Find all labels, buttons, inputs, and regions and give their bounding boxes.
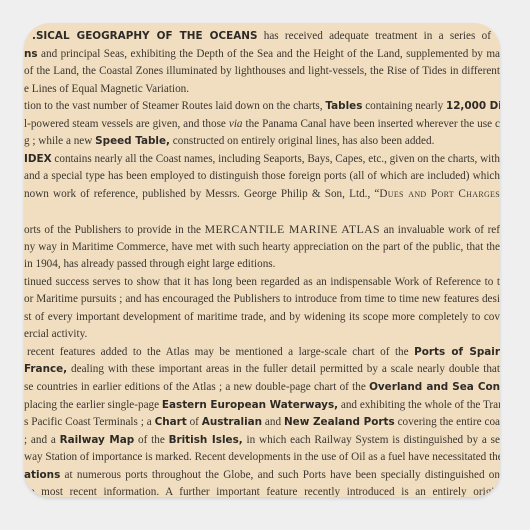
text-line: .SICAL GEOGRAPHY OF THE OCEANS has recei… <box>24 28 500 45</box>
text-run: the Panama Canal have been inserted wher… <box>243 118 500 130</box>
text-line: s Pacific Coast Terminals ; a Chart of A… <box>24 414 500 431</box>
text-line: or Maritime pursuits ; and has encourage… <box>24 291 500 308</box>
text-run: of the Land, the Coastal Zones illuminat… <box>24 65 500 77</box>
small-caps-title: Dues and Port Charges <box>379 188 500 200</box>
text-line: l-powered steam vessels are given, and t… <box>24 116 500 133</box>
bold-term: Railway Map <box>60 434 135 446</box>
text-run: st of every important development of mar… <box>24 311 500 323</box>
atlas-title: MERCANTILE MARINE ATLAS <box>205 222 380 236</box>
text-line: se countries in earlier editions of the … <box>24 379 500 396</box>
text-line: ercial activity. <box>24 326 87 343</box>
text-run: e Lines of Equal Magnetic Variation. <box>24 83 189 95</box>
bold-term: Australian <box>202 416 262 428</box>
text-line: placing the earlier single-page Eastern … <box>24 397 500 414</box>
text-run: containing nearly <box>362 100 446 112</box>
text-line: and a special type has been employed to … <box>24 168 500 185</box>
bold-term: France, <box>24 363 67 375</box>
text-run: or Maritime pursuits ; and has encourage… <box>24 293 500 305</box>
text-line: ; and a Railway Map of the British Isles… <box>24 432 500 449</box>
text-line: tion to the vast number of Steamer Route… <box>24 98 500 115</box>
text-line: ny way in Maritime Commerce, have met wi… <box>24 239 500 256</box>
text-run: dealing with these important areas in th… <box>67 363 500 375</box>
text-line: tinued success serves to show that it ha… <box>24 274 500 291</box>
text-line: e Lines of Equal Magnetic Variation. <box>24 81 189 98</box>
bold-term: Tables <box>325 100 362 112</box>
text-line: ations at numerous ports throughout the … <box>24 467 500 484</box>
bold-term: Eastern European Waterways, <box>162 399 338 411</box>
text-run: he most recent information. A further im… <box>24 486 500 497</box>
bold-term: IDEX <box>24 153 52 165</box>
text-run: l-powered steam vessels are given, and t… <box>24 118 229 130</box>
bold-term: Chart <box>155 416 187 428</box>
text-run: and <box>262 416 284 428</box>
bold-term: .SICAL GEOGRAPHY OF THE OCEANS <box>32 30 257 42</box>
text-run: constructed on entirely original lines, … <box>170 135 434 147</box>
text-run: covering the entire coa <box>395 416 500 428</box>
text-run: and principal Seas, exhibiting the Depth… <box>38 48 500 60</box>
text-run: in which each Railway System is distingu… <box>243 434 500 446</box>
text-run: se countries in earlier editions of the … <box>24 381 369 393</box>
text-line: orts of the Publishers to provide in the… <box>24 221 500 238</box>
italic-term: via <box>229 118 243 130</box>
text-run: tion to the vast number of Steamer Route… <box>24 100 325 112</box>
text-run: ny way in Maritime Commerce, have met wi… <box>24 241 500 253</box>
bold-term: ations <box>24 469 60 481</box>
bold-term: 12,000 Distanc <box>446 100 500 112</box>
product-card-page: .SICAL GEOGRAPHY OF THE OCEANS has recei… <box>24 23 500 497</box>
text-run: and exhibiting the whole of the Trans-S <box>338 399 500 411</box>
text-run: an invaluable work of ref <box>380 224 500 236</box>
text-run: ; and a <box>24 434 60 446</box>
text-run: ercial activity. <box>24 328 87 340</box>
text-run: at numerous ports throughout the Globe, … <box>60 469 500 481</box>
text-line: g ; while a new Speed Table, constructed… <box>24 133 434 150</box>
text-line: of the Land, the Coastal Zones illuminat… <box>24 63 500 80</box>
bold-term: ns <box>24 48 38 60</box>
text-line: nown work of reference, published by Mes… <box>24 186 500 203</box>
text-line: ns and principal Seas, exhibiting the De… <box>24 46 500 63</box>
text-run: g ; while a new <box>24 135 95 147</box>
text-line: in 1904, has already passed through eigh… <box>24 256 275 273</box>
text-run: has received adequate treatment in a ser… <box>257 30 500 42</box>
text-run: way Station of importance is marked. Rec… <box>24 451 500 463</box>
text-line: st of every important development of mar… <box>24 309 500 326</box>
text-run: of the <box>134 434 168 446</box>
text-run: in 1904, has already passed through eigh… <box>24 258 275 270</box>
text-run: of <box>187 416 202 428</box>
text-run: s Pacific Coast Terminals ; a <box>24 416 155 428</box>
text-line: way Station of importance is marked. Rec… <box>24 449 500 466</box>
text-line: France, dealing with these important are… <box>24 361 500 378</box>
text-run: and a special type has been employed to … <box>24 170 500 182</box>
text-line: IDEX contains nearly all the Coast names… <box>24 151 500 168</box>
bold-term: Ports of Spair <box>414 346 500 358</box>
text-line: he most recent information. A further im… <box>24 484 500 497</box>
bold-term: Overland and Sea Con <box>369 381 500 393</box>
text-run: tinued success serves to show that it ha… <box>24 276 500 288</box>
text-run: orts of the Publishers to provide in the <box>24 224 205 236</box>
bold-term: British Isles, <box>169 434 243 446</box>
bold-term: New Zealand Ports <box>284 416 395 428</box>
text-line: recent features added to the Atlas may b… <box>24 344 500 361</box>
text-run: recent features added to the Atlas may b… <box>27 346 414 358</box>
text-run: placing the earlier single-page <box>24 399 162 411</box>
text-run: nown work of reference, published by Mes… <box>24 188 379 200</box>
text-run: contains nearly all the Coast names, inc… <box>52 153 500 165</box>
bold-term: Speed Table, <box>95 135 170 147</box>
